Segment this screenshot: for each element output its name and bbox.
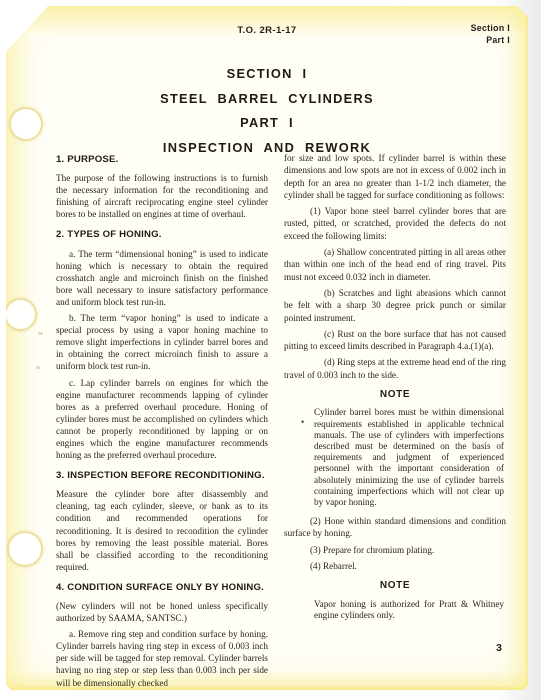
two-column-body: 1. PURPOSE.The purpose of the following … xyxy=(56,152,506,690)
paragraph: (d) Ring steps at the extreme head end o… xyxy=(284,356,506,381)
section-heading: 2. TYPES OF HONING. xyxy=(56,229,268,241)
margin-mark xyxy=(36,366,40,369)
document-page: T.O. 2R-1-17 Section I Part I SECTION I … xyxy=(6,6,528,690)
page-number: 3 xyxy=(496,642,502,654)
paragraph: b. The term “vapor honing” is used to in… xyxy=(56,312,268,372)
punch-hole xyxy=(7,531,43,567)
paragraph: (3) Prepare for chromium plating. xyxy=(284,544,506,556)
section-title: SECTION I xyxy=(6,66,528,81)
title-block: SECTION I STEEL BARREL CYLINDERS PART I … xyxy=(6,66,528,164)
note-heading: NOTE xyxy=(284,389,506,401)
margin-mark xyxy=(38,332,43,335)
section-heading: 3. INSPECTION BEFORE RECONDITIONING. xyxy=(56,470,268,482)
paragraph: a. The term “dimensional honing” is used… xyxy=(56,248,268,308)
header-section-part-ref: Section I Part I xyxy=(471,23,510,46)
column-right: for size and low spots. If cylinder barr… xyxy=(284,152,506,628)
header-part-ref: Part I xyxy=(471,35,510,47)
paragraph: (a) Shallow concentrated pitting in all … xyxy=(284,246,506,283)
note-paragraph: Vapor honing is authorized for Pratt & W… xyxy=(314,599,504,621)
paragraph: (4) Rebarrel. xyxy=(284,560,506,572)
paragraph: (1) Vapor hone steel barrel cylinder bor… xyxy=(284,205,506,242)
section-heading: 4. CONDITION SURFACE ONLY BY HONING. xyxy=(56,582,268,594)
paragraph: (b) Scratches and light abrasions which … xyxy=(284,287,506,324)
paragraph: The purpose of the following instruction… xyxy=(56,172,268,220)
note-heading: NOTE xyxy=(284,580,506,592)
paragraph: (c) Rust on the bore surface that has no… xyxy=(284,328,506,353)
paragraph: a. Remove ring step and condition surfac… xyxy=(56,628,268,688)
column-left: 1. PURPOSE.The purpose of the following … xyxy=(56,152,268,690)
paragraph: (New cylinders will not be honed unless … xyxy=(56,600,268,624)
paragraph: c. Lap cylinder barrels on engines for w… xyxy=(56,377,268,462)
subject-title: STEEL BARREL CYLINDERS xyxy=(6,91,528,106)
paragraph: Measure the cylinder bore after disassem… xyxy=(56,488,268,573)
section-heading: 1. PURPOSE. xyxy=(56,154,268,166)
paragraph: (2) Hone within standard dimensions and … xyxy=(284,515,506,540)
note-paragraph: Cylinder barrel bores must be within dim… xyxy=(314,407,504,508)
paragraph: for size and low spots. If cylinder barr… xyxy=(284,152,506,201)
header-to-number: T.O. 2R-1-17 xyxy=(6,25,528,36)
header-section-ref: Section I xyxy=(471,23,510,35)
punch-hole xyxy=(6,298,37,331)
part-title: PART I xyxy=(6,115,528,130)
change-marker-dot: • xyxy=(301,417,304,428)
